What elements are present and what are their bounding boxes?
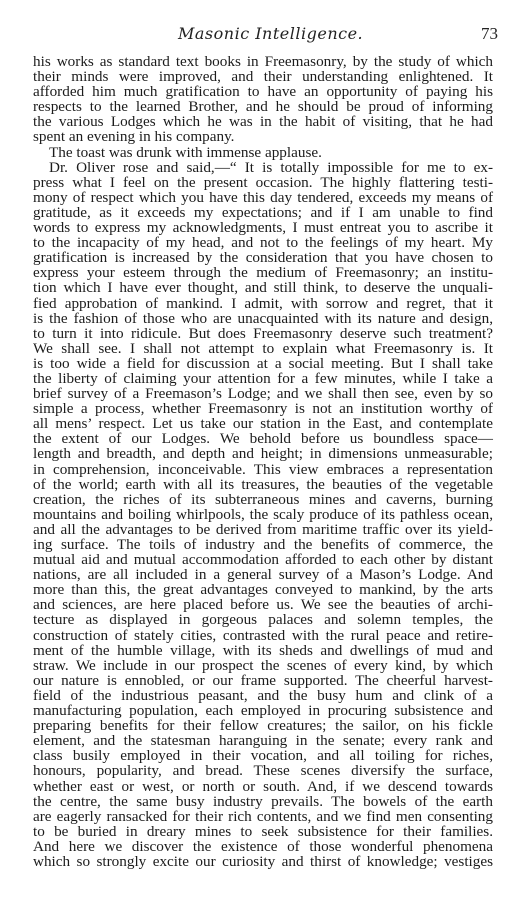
text-line: manufacturing population, each employed … (33, 703, 493, 718)
text-line: simple a process, whether Freemasonry is… (33, 401, 493, 416)
body-text: his works as standard text books in Free… (33, 54, 493, 884)
text-line: to be buried in dreary mines to seek sub… (33, 824, 493, 839)
text-line: mutual aid and mutual accommodation affo… (33, 552, 493, 567)
text-line: his works as standard text books in Free… (33, 54, 493, 69)
text-line: their minds were improved, and their und… (33, 69, 493, 84)
text-line: fied approbation of mankind. I admit, wi… (33, 296, 493, 311)
text-line: our nature is ennobled, or our frame sup… (33, 673, 493, 688)
text-line: and sciences, are here placed before us.… (33, 597, 493, 612)
text-line: the centre, the same busy industry preva… (33, 794, 493, 809)
text-line: are eagerly ransacked for their rich con… (33, 809, 493, 824)
page-number: 73 (481, 24, 498, 44)
text-line: more than this, the great advantages con… (33, 582, 493, 597)
text-line: preparing benefits for their fellow crea… (33, 718, 493, 733)
page-header: Masonic Intelligence. 73 (0, 24, 519, 44)
paragraph-toast: The toast was drunk with immense applaus… (33, 145, 493, 160)
running-title: Masonic Intelligence. (178, 24, 363, 43)
text-line: and all the advantages to be derived fro… (33, 522, 493, 537)
text-line: spent an evening in his company. (33, 129, 493, 144)
text-line: honours, popularity, and bread. These sc… (33, 763, 493, 778)
text-line: element, and the statesman haranguing in… (33, 733, 493, 748)
text-line: the various Lodges which he was in the h… (33, 114, 493, 129)
text-line: is too wide a field for discussion at a … (33, 356, 493, 371)
text-line: length and breadth, and depth and height… (33, 446, 493, 461)
text-line: in comprehension, inconceivable. This vi… (33, 462, 493, 477)
text-line: We shall see. I shall not attempt to exp… (33, 341, 493, 356)
text-line: respects to the learned Brother, and he … (33, 99, 493, 114)
text-line: field of the industrious peasant, and th… (33, 688, 493, 703)
text-line: to turn it into ridicule. But does Freem… (33, 326, 493, 341)
text-line: the extent of our Lodges. We behold befo… (33, 431, 493, 446)
text-line: nations, are all included in a general s… (33, 567, 493, 582)
text-line: all mens’ respect. Let us take our stati… (33, 416, 493, 431)
text-line: mountains and boiling whirlpools, the sc… (33, 507, 493, 522)
text-line: brief survey of a Freemason’s Lodge; and… (33, 386, 493, 401)
text-line: of the world; earth with all its treasur… (33, 477, 493, 492)
text-line: creation, the riches of its subterraneou… (33, 492, 493, 507)
text-line: is the fashion of those who are unacquai… (33, 311, 493, 326)
text-line (33, 869, 493, 884)
text-line: gratification is increased by the consid… (33, 250, 493, 265)
text-line: ment of the humble village, with its she… (33, 643, 493, 658)
text-line: gratitude, as it exceeds my expectations… (33, 205, 493, 220)
text-line: ing surface. The toils of industry and t… (33, 537, 493, 552)
paragraph-dr-oliver-start: Dr. Oliver rose and said,—“ It is totall… (33, 160, 493, 175)
text-line: whether east or west, or north or south.… (33, 779, 493, 794)
text-line: construction of stately cities, contrast… (33, 628, 493, 643)
text-line: tecture as displayed in gorgeous palaces… (33, 612, 493, 627)
text-line: express your esteem through the medium o… (33, 265, 493, 280)
text-line: to the incapacity of my head, and not to… (33, 235, 493, 250)
book-page: Masonic Intelligence. 73 his works as st… (0, 0, 519, 903)
text-line: tion which I have ever thought, and stil… (33, 280, 493, 295)
text-line: press what I feel on the present occasio… (33, 175, 493, 190)
text-line: And here we discover the existence of th… (33, 839, 493, 854)
text-line: which so strongly excite our curiosity a… (33, 854, 493, 869)
text-line: afforded him much gratification to have … (33, 84, 493, 99)
text-line: mony of respect which you have this day … (33, 190, 493, 205)
text-line: straw. We include in our prospect the sc… (33, 658, 493, 673)
text-line: class busily employed in their vocation,… (33, 748, 493, 763)
text-line: the liberty of claiming your attention f… (33, 371, 493, 386)
text-line: words to express my acknowledgments, I m… (33, 220, 493, 235)
